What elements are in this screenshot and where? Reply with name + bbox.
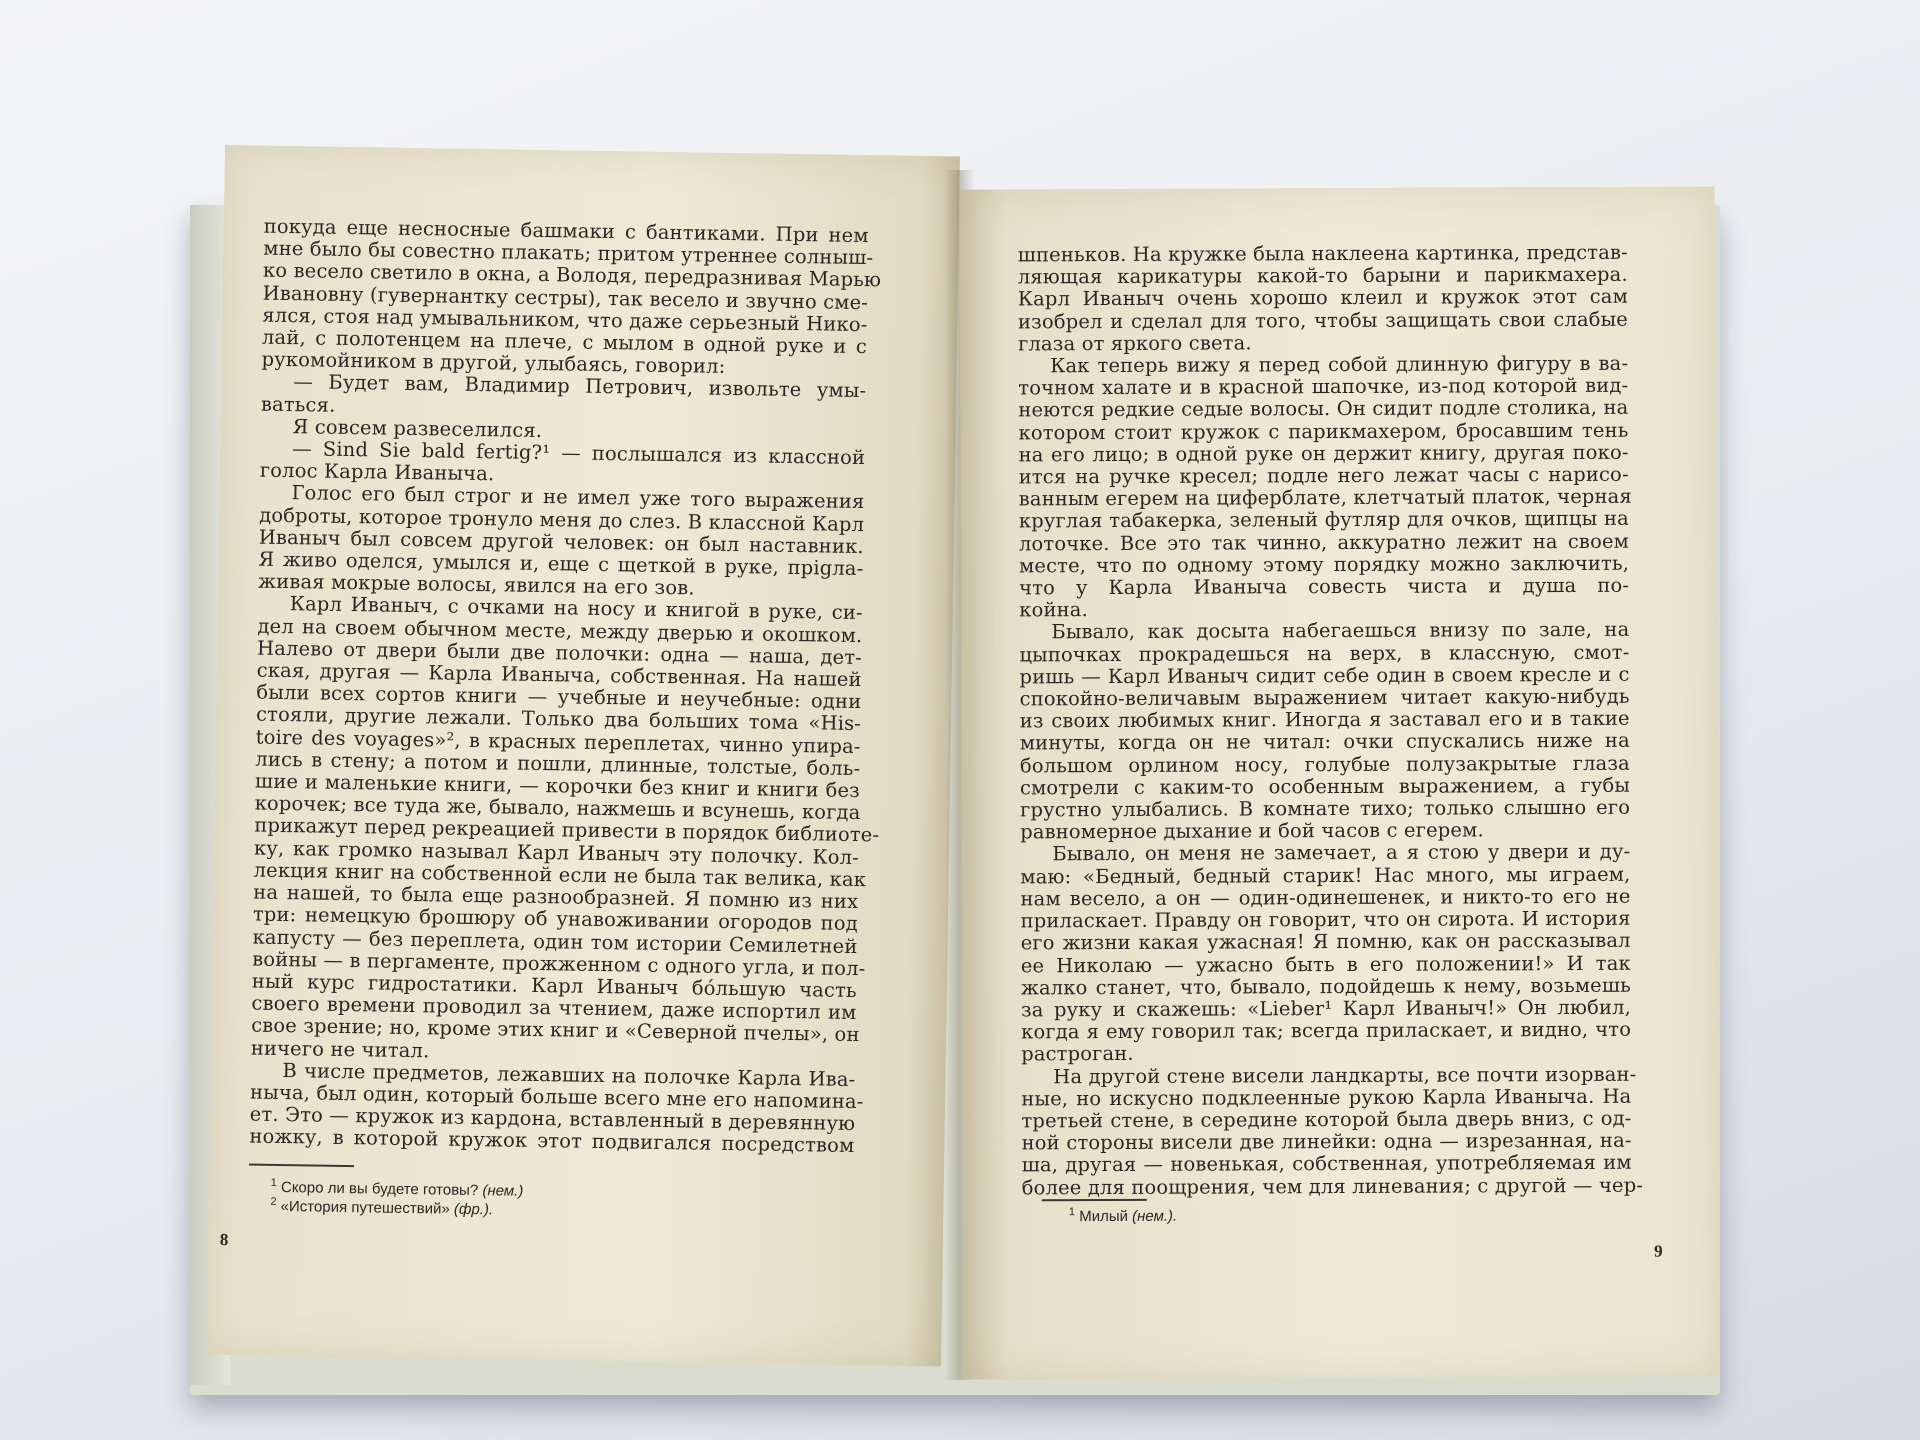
right-page: шпеньков. На кружке была наклеена картин… bbox=[959, 186, 1719, 1379]
footnote-1: 1 Милый (нем.). bbox=[1069, 1207, 1177, 1226]
text-line: когда я ему говорил так; всегда приласка… bbox=[1021, 1019, 1631, 1044]
left-page-body: покуда еще несносные башмаки с бантиками… bbox=[249, 216, 869, 1158]
page-number-right: 9 bbox=[1654, 1242, 1663, 1262]
left-page: покуда еще несносные башмаки с бантиками… bbox=[206, 145, 960, 1366]
right-page-body: шпеньков. На кружке была наклеена картин… bbox=[1018, 242, 1632, 1199]
page-number-left: 8 bbox=[220, 1230, 229, 1250]
text-line: изобрел и сделал для того, чтобы защищат… bbox=[1018, 308, 1628, 333]
text-line: грустно улыбались. В комнате тихо; тольк… bbox=[1020, 797, 1630, 822]
right-footnotes: 1 Милый (нем.). bbox=[1069, 1207, 1177, 1226]
left-footnotes: 1 Скоро ли вы будете готовы? (нем.) 2 «И… bbox=[270, 1178, 523, 1220]
text-line: более для поощрения, чем для линевания; … bbox=[1022, 1174, 1632, 1199]
footnote-divider bbox=[1042, 1199, 1147, 1201]
text-line: что у Карла Иваныча совесть чиста и душа… bbox=[1019, 575, 1629, 600]
footnote-2: 2 «История путешествий» (фр.). bbox=[270, 1197, 523, 1220]
footnote-divider bbox=[249, 1164, 354, 1168]
